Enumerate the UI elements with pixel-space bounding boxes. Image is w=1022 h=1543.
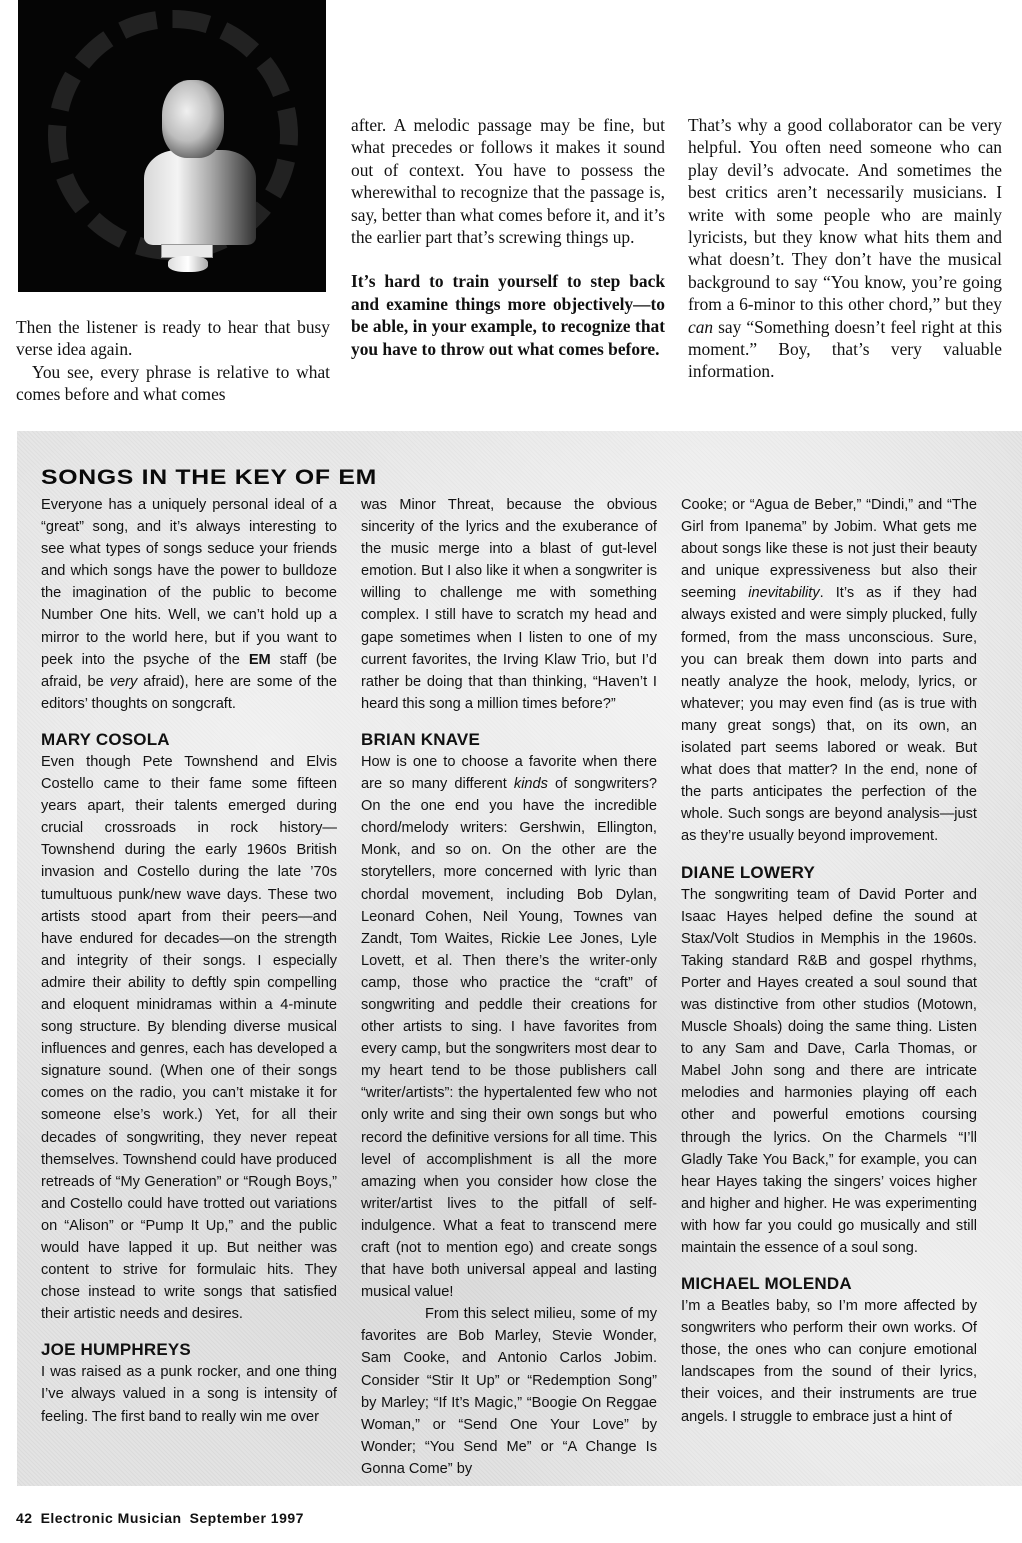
sidebar-column-3: Cooke; or “Agua de Beber,” “Dindi,” and …: [681, 494, 977, 1428]
editor-text-joe-humphreys: I was raised as a punk rocker, and one t…: [41, 1361, 337, 1427]
interview-question: It’s hard to train yourself to step back…: [351, 270, 665, 360]
editor-text-diane-lowery: The songwriting team of David Porter and…: [681, 884, 977, 1260]
text-run: Everyone has a uniquely personal ideal o…: [41, 497, 337, 668]
text-run: That’s why a good collaborator can be ve…: [688, 115, 1002, 314]
article-column-1: Then the listener is ready to hear that …: [16, 316, 330, 406]
editor-text-brian-knave: How is one to choose a favorite when the…: [361, 751, 657, 1303]
sidebar-column-1: Everyone has a uniquely personal ideal o…: [41, 494, 337, 1428]
editor-name-mary-cosola: MARY COSOLA: [41, 729, 337, 751]
page-footer: 42Electronic MusicianSeptember 1997: [16, 1510, 312, 1526]
editor-name-brian-knave: BRIAN KNAVE: [361, 729, 657, 751]
editor-name-joe-humphreys: JOE HUMPHREYS: [41, 1339, 337, 1361]
composer-bust-photo: [18, 0, 326, 292]
article-paragraph: after. A melodic passage may be fine, bu…: [351, 114, 665, 248]
emphasis-text: inevitability: [748, 585, 819, 601]
editor-text-brian-knave-p2: From this select milieu, some of my favo…: [361, 1303, 657, 1480]
bust-head: [162, 80, 224, 158]
sidebar-intro: Everyone has a uniquely personal ideal o…: [41, 494, 337, 715]
editor-text-michael-molenda: I’m a Beatles baby, so I’m more affected…: [681, 1295, 977, 1428]
text-run: . It’s as if they had always existed and…: [681, 585, 977, 844]
publication-name: Electronic Musician: [41, 1510, 182, 1526]
editor-text-joe-humphreys-cont: was Minor Threat, because the obvious si…: [361, 494, 657, 715]
text-run: of songwriters? On the one end you have …: [361, 776, 657, 1300]
page-number: 42: [16, 1510, 33, 1526]
editor-name-michael-molenda: MICHAEL MOLENDA: [681, 1273, 977, 1295]
bust-body: [144, 150, 256, 245]
editor-text-mary-cosola: Even though Pete Townshend and Elvis Cos…: [41, 751, 337, 1325]
article-paragraph: Then the listener is ready to hear that …: [16, 316, 330, 361]
article-paragraph: You see, every phrase is relative to wha…: [16, 361, 330, 406]
bust-base: [168, 256, 208, 272]
issue-date: September 1997: [190, 1510, 304, 1526]
editor-text-brian-knave-cont: Cooke; or “Agua de Beber,” “Dindi,” and …: [681, 494, 977, 848]
article-column-3: That’s why a good collaborator can be ve…: [688, 114, 1002, 383]
sidebar-column-2: was Minor Threat, because the obvious si…: [361, 494, 657, 1480]
emphasis-text: very: [110, 674, 138, 690]
sidebar-title: SONGS IN THE KEY OF EM: [41, 466, 377, 490]
editor-name-diane-lowery: DIANE LOWERY: [681, 862, 977, 884]
emphasis-text: can: [688, 317, 713, 337]
text-run: say “Something doesn’t feel right at thi…: [688, 317, 1002, 382]
em-logo-text: EM: [249, 652, 271, 668]
emphasis-text: kinds: [514, 776, 548, 792]
article-column-2: after. A melodic passage may be fine, bu…: [351, 114, 665, 360]
article-paragraph: That’s why a good collaborator can be ve…: [688, 114, 1002, 383]
